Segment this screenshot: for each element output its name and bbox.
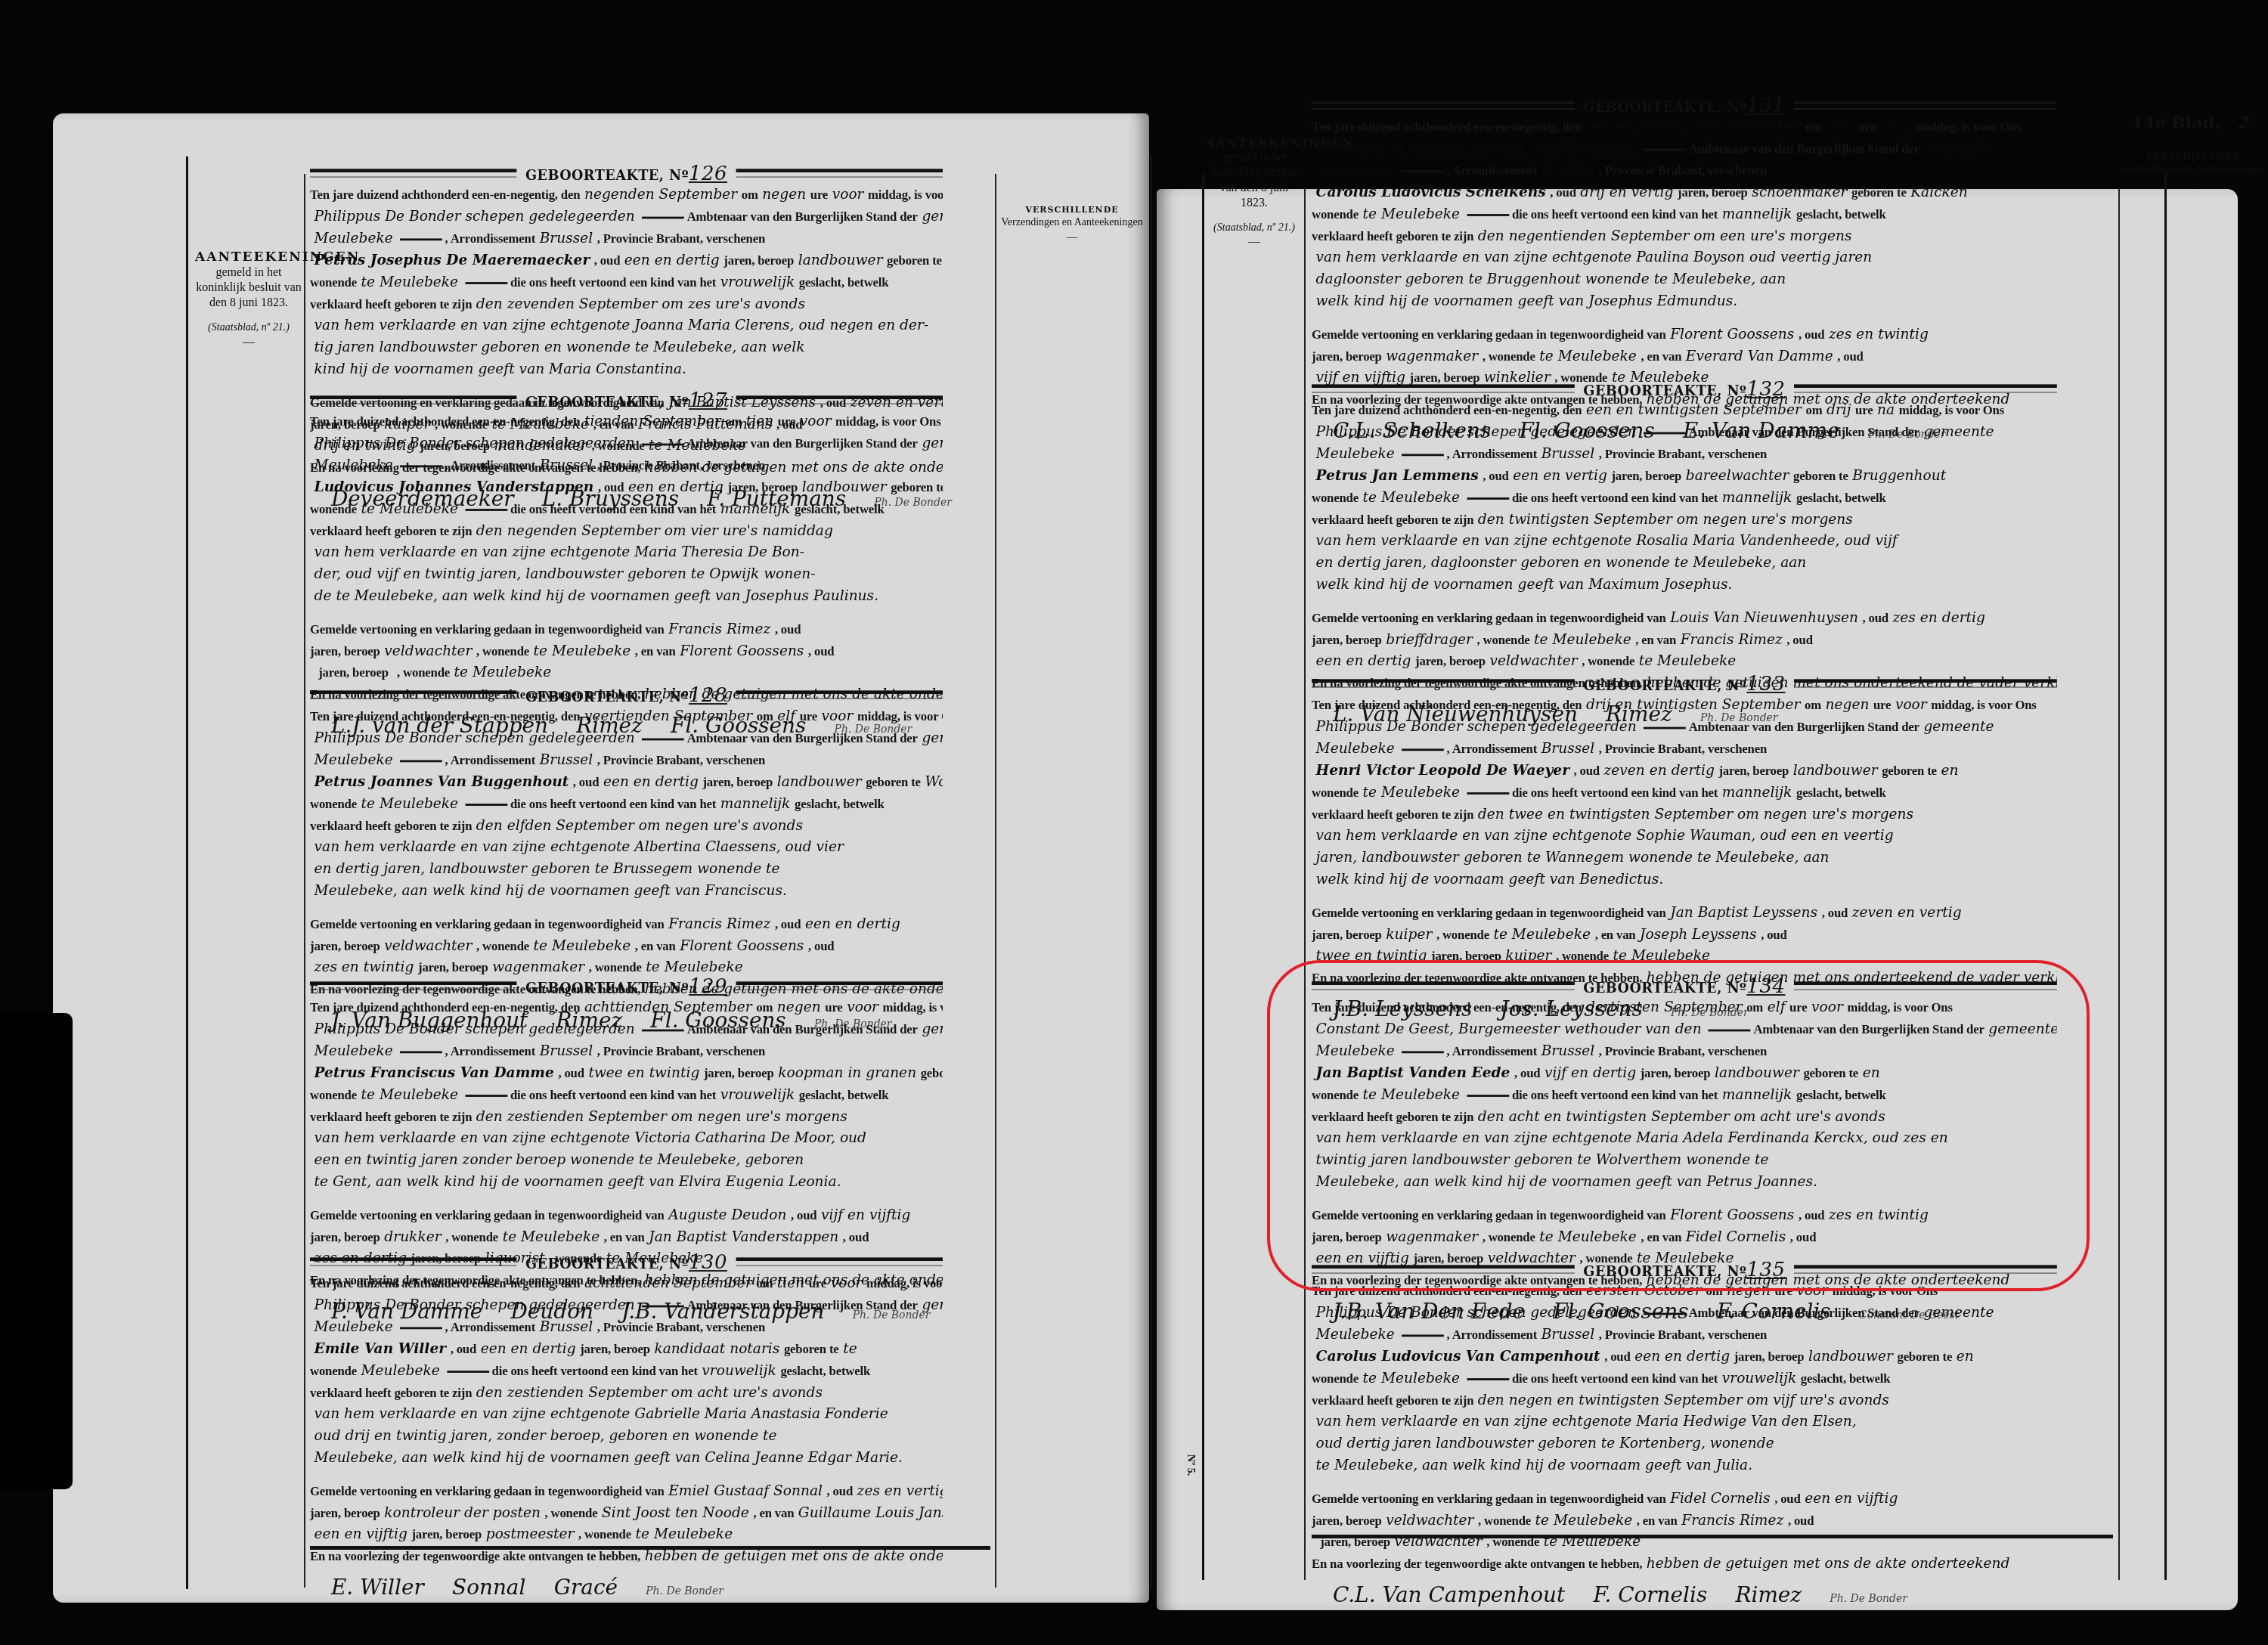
handwritten-value: Brussel	[1541, 739, 1595, 756]
record-body-2: jaren, landbouwster geboren te Wannegem …	[1312, 847, 2057, 869]
handwritten-value: mannelijk	[720, 500, 791, 516]
handwritten-value: tien	[746, 413, 773, 429]
form-text: Ten jare duizend achthonderd een-en-nege…	[1312, 403, 1582, 417]
form-text: middag, is voor Ons	[1847, 1000, 1952, 1015]
form-text: verklaard heeft geboren te zijn	[1312, 807, 1473, 822]
record-body-3: Meulebeke, aan welk kind hij de voorname…	[310, 880, 943, 902]
handwritten-value: Brussel	[1541, 1325, 1595, 1342]
form-text: jaren, beroep	[1734, 1349, 1805, 1364]
fill-dash	[1644, 432, 1686, 435]
record-number: 134	[1746, 974, 1785, 998]
handwritten-value: een en twintigsten September	[1586, 118, 1802, 135]
form-text: , wonende	[589, 960, 642, 974]
form-text: ure	[800, 709, 817, 723]
handwritten-value: zes en vertig	[857, 1482, 943, 1498]
handwritten-value: te Meulebeke	[361, 500, 459, 516]
fill-dash	[1467, 497, 1509, 500]
spacer	[310, 606, 943, 618]
handwritten-value: brieffdrager	[1386, 630, 1473, 647]
form-text: Gemelde vertooning en verklaring gedaan …	[1312, 327, 1666, 342]
record-line-place: Meulebeke, ArrondissementBrussel, Provin…	[310, 454, 943, 476]
form-text: GEBOORTEAKTE, Nº	[525, 168, 689, 183]
handwritten-value: gemeente	[922, 1021, 943, 1037]
handwritten-value: landbouwer	[777, 773, 862, 789]
left-right-column-line	[995, 174, 996, 1588]
form-text: , wonende	[1483, 1230, 1535, 1244]
right-right-column-line	[2118, 189, 2120, 1580]
form-text: , wonende	[1483, 349, 1535, 364]
record-body-1: van hem verklaarde en van zijne echtgeno…	[1312, 825, 2057, 847]
handwritten-value: Wolverthem	[925, 773, 943, 789]
handwritten-value: van hem verklaarde en van zijne echtgeno…	[1316, 249, 1873, 265]
spacer	[1312, 890, 2057, 901]
record-line-birth: verklaard heeft geboren te zijnden zeven…	[310, 293, 943, 314]
handwritten-value: Jan Baptist Vanderstappen	[649, 1228, 838, 1244]
handwritten-value: Constant De Geest, Burgemeester wethoude…	[1316, 1021, 1702, 1037]
record-line-residence: wonendete Meulebekedie ons heeft vertoon…	[310, 1083, 943, 1105]
form-text: jaren, beroep	[310, 1230, 380, 1244]
handwritten-value: voor	[800, 413, 832, 429]
fill-dash	[1402, 748, 1444, 751]
form-text: , Arrondissement	[445, 1320, 535, 1334]
verzendingen-label: Verzendingen en Aanteekeningen	[2121, 163, 2265, 178]
form-text: geboren te	[784, 1342, 839, 1356]
form-text: , oud	[1822, 906, 1848, 920]
handwritten-value: Meulebeke, aan welk kind hij de voorname…	[314, 881, 787, 898]
handwritten-value: te Meulebeke	[1639, 652, 1737, 669]
record-title: GEBOORTEAKTE, Nº127	[517, 389, 736, 412]
handwritten-value: te Meulebeke	[454, 664, 552, 680]
form-text: , oud	[808, 939, 834, 953]
handwritten-value: en	[1941, 761, 1958, 778]
form-text: En na voorlezing der tegenwoordige akte …	[310, 1549, 640, 1563]
form-text: , Provincie Brabant, verschenen	[1599, 447, 1767, 461]
form-text: middag, is voor Ons	[866, 1276, 943, 1290]
handwritten-value: veertienden September	[584, 708, 752, 724]
form-text: , wonende	[1556, 949, 1609, 963]
form-text: , Provincie Brabant, verschenen	[1599, 163, 1767, 178]
handwritten-value: vrouwelijk	[720, 1086, 795, 1102]
handwritten-value: Florent Goossens	[1670, 1206, 1794, 1222]
handwritten-value: den zestienden September om negen ure's …	[476, 1108, 847, 1124]
handwritten-value: Brussel	[540, 1042, 593, 1058]
form-text: , oud	[558, 1066, 584, 1080]
handwritten-value: achttienden September	[584, 1275, 752, 1291]
record-line-residence: wonendeMeulebekedie ons heeft vertoond e…	[310, 1359, 943, 1381]
fill-dash	[1402, 454, 1444, 456]
form-text: Gemelde vertooning en verklaring gedaan …	[1312, 1208, 1666, 1222]
form-text: , Provincie Brabant, verschenen	[597, 231, 765, 246]
spacer	[1312, 595, 2057, 606]
form-text: Ambtenaar van den Burgerlijken Stand der	[687, 1022, 918, 1036]
verschillende-label: VERSCHILLENDE	[998, 204, 1146, 215]
record-line-place: Meulebeke, ArrondissementBrussel, Provin…	[1312, 160, 2057, 181]
handwritten-value: te Meulebeke	[1363, 1086, 1461, 1102]
handwritten-value: een en twintig jaren zonder beroep wonen…	[314, 1151, 804, 1168]
record-body-3: welk kind hij de voornamen geeft van Max…	[1312, 574, 2057, 596]
form-text: middag, is voor Ons	[868, 187, 943, 202]
header-rule-right	[1794, 101, 2057, 109]
handwritten-value: den acht en twintigsten September om ach…	[1478, 1108, 1885, 1124]
handwritten-value: elf	[1768, 999, 1786, 1015]
record-witness-1: Gemelde vertooning en verklaring gedaan …	[1312, 606, 2057, 628]
handwritten-value: gemeente	[922, 435, 943, 451]
handwritten-value: een en dertig	[805, 915, 900, 931]
form-text: geboren te	[1851, 185, 1907, 200]
record-line-birth: verklaard heeft geboren te zijnden elfde…	[310, 814, 943, 836]
record-line-place: Meulebeke, ArrondissementBrussel, Provin…	[310, 228, 943, 249]
margin-dash: —	[195, 335, 302, 350]
handwritten-value: Francis Rimez	[1681, 630, 1783, 647]
form-text: , oud	[1799, 327, 1824, 342]
record-header: GEBOORTEAKTE, Nº128	[310, 684, 943, 705]
form-text: geslacht, betwelk	[799, 275, 889, 290]
header-rule-left	[310, 1257, 517, 1266]
form-text: om	[1805, 698, 1821, 712]
form-text: , en van	[1637, 1513, 1678, 1528]
handwritten-value: schoenmaker	[1752, 183, 1847, 200]
form-text: , oud	[775, 622, 801, 637]
form-text: jaren, beroep	[1312, 928, 1382, 942]
handwritten-value: kind hij de voornamen geeft van Maria Co…	[314, 360, 686, 376]
form-text: geslacht, betwelk	[799, 1088, 889, 1102]
handwritten-value: achttienden September	[584, 999, 752, 1015]
handwritten-value: kuiper	[1505, 947, 1551, 964]
form-text: geslacht, betwelk	[780, 1364, 870, 1378]
handwritten-value: Meulebeke	[314, 229, 393, 246]
handwritten-value: te Meulebeke	[1363, 205, 1461, 222]
form-text: , Provincie Brabant, verschenen	[597, 753, 765, 767]
record-body-1: van hem verklaarde en van zijne echtgeno…	[1312, 1127, 2057, 1149]
record-body-3: de te Meulebeke, aan welk kind hij de vo…	[310, 585, 943, 607]
form-text: , oud	[843, 1230, 869, 1244]
form-text: om	[1805, 119, 1822, 134]
form-text: ure	[1789, 1000, 1807, 1015]
form-text: Ten jare duizend achthonderd een-en-nege…	[310, 414, 580, 429]
handwritten-value: Meulebeke	[314, 456, 393, 472]
handwritten-value: veldwachter	[1386, 1511, 1473, 1528]
form-text: jaren, beroep	[1718, 764, 1789, 778]
right-margin-note: AANTEEKENINGEN gemeld in het koninklijk …	[1206, 136, 1303, 249]
form-text: verklaard heeft geboren te zijn	[310, 524, 472, 538]
record-witness-3: een en vijftigjaren, beroeppostmeester, …	[310, 1523, 943, 1545]
record-line-place: Meulebeke, ArrondissementBrussel, Provin…	[310, 1316, 943, 1338]
form-text: die ons heeft vertoond een kind van het	[492, 1364, 698, 1378]
record-witness-1: Gemelde vertooning en verklaring gedaan …	[310, 1204, 943, 1225]
form-text: , Arrondissement	[1447, 447, 1537, 461]
handwritten-value: drij en twintigsten September	[1586, 696, 1800, 713]
form-text: Gemelde vertooning en verklaring gedaan …	[1312, 1492, 1666, 1506]
handwritten-value: Kalcken	[1910, 183, 1968, 200]
handwritten-value: te Meulebeke	[1535, 1511, 1633, 1528]
handwritten-value: den negenden September om vier ure's nam…	[476, 522, 833, 538]
form-text: , oud	[1604, 1349, 1630, 1364]
signature: Rimez	[1735, 1583, 1802, 1608]
form-text: , oud	[775, 917, 801, 931]
signature: C.L. Van Campenhout	[1333, 1583, 1565, 1608]
form-text: ure	[1858, 119, 1876, 134]
handwritten-value: Carolus Ludovicus Van Campenhout	[1316, 1347, 1600, 1364]
record-line-place: Meulebeke, ArrondissementBrussel, Provin…	[1312, 1324, 2057, 1346]
record-header: GEBOORTEAKTE, Nº133	[1312, 673, 2057, 694]
form-text: om	[1746, 1000, 1763, 1015]
handwritten-value: Fidel Cornelis	[1686, 1228, 1786, 1244]
handwritten-value: welk kind hij de voornamen geeft van Max…	[1316, 575, 1733, 592]
handwritten-value: mannelijk	[720, 795, 791, 811]
record-body-3: kind hij de voornamen geeft van Maria Co…	[310, 358, 943, 380]
handwritten-value: mannelijk	[1722, 1086, 1792, 1102]
fill-dash	[1644, 727, 1686, 730]
record-line-declarant: Petrus Joannes Van Buggenhout, oudeen en…	[310, 770, 943, 792]
handwritten-value: Meulebeke	[314, 1318, 393, 1334]
handwritten-value: te Meulebeke	[534, 642, 631, 658]
record-witness-2: jaren, beroepkuiper, wonendete Meulebeke…	[1312, 923, 2057, 945]
handwritten-value: te Meulebeke	[1363, 783, 1461, 800]
form-text: geslacht, betwelk	[1796, 1088, 1886, 1102]
handwritten-value: Emiel Gustaaf Sonnal	[668, 1482, 823, 1498]
form-text: , oud	[1761, 928, 1786, 942]
handwritten-value: Philippus De Bonder schepen gedelegeerde…	[314, 435, 635, 451]
form-text: geslacht, betwelk	[1801, 1371, 1891, 1386]
form-text: , oud	[598, 480, 624, 494]
form-text: , en van	[1641, 1230, 1681, 1244]
record-body-2: twintig jaren landbouwster geboren te Wo…	[1312, 1149, 2057, 1171]
form-text: , Arrondissement	[445, 1044, 535, 1058]
form-text: wonende	[310, 502, 357, 516]
handwritten-value: te Meulebeke	[1539, 347, 1637, 364]
header-rule-left	[310, 169, 517, 177]
record-title: GEBOORTEAKTE, Nº129	[517, 974, 736, 998]
form-text: jaren, beroep	[1312, 633, 1382, 647]
record-witness-1: Gemelde vertooning en verklaring gedaan …	[1312, 323, 2057, 345]
handwritten-value: en	[1957, 1347, 1974, 1364]
handwritten-value: den zestienden September om acht ure's a…	[476, 1383, 823, 1400]
handwritten-value: landbouwer	[1808, 1347, 1893, 1364]
form-text: verklaard heeft geboren te zijn	[1312, 229, 1473, 243]
header-rule-right	[736, 169, 943, 177]
record-body-2: en dertig jaren, dagloonster geboren en …	[1312, 552, 2057, 574]
handwritten-value: Meulebeke	[1316, 1042, 1395, 1058]
handwritten-value: eersten October	[1586, 1282, 1702, 1299]
form-text: die ons heeft vertoond een kind van het	[1512, 491, 1718, 505]
form-text: middag, is voor Ons	[1899, 403, 2004, 417]
handwritten-value: welk kind hij de voornamen geeft van Jos…	[1316, 292, 1738, 308]
signature: F. Cornelis	[1593, 1583, 1707, 1608]
header-rule-right	[1794, 384, 2057, 392]
handwritten-value: mannelijk	[1722, 205, 1792, 222]
form-text: jaren, beroep	[702, 775, 773, 789]
fill-dash	[642, 1030, 684, 1032]
record-line-residence: wonendete Meulebekedie ons heeft vertoon…	[1312, 1367, 2057, 1389]
handwritten-value: den negentienden September om een ure's …	[1478, 227, 1852, 243]
handwritten-value: te Meulebeke	[1613, 947, 1711, 964]
form-text: jaren, beroep	[1431, 949, 1501, 963]
form-text: , Arrondissement	[445, 231, 535, 246]
record-title: GEBOORTEAKTE, Nº131	[1575, 94, 1793, 117]
record-line-official: Philippus De Bonder schepen gedelegeerde…	[310, 1294, 943, 1316]
fill-dash	[400, 1327, 442, 1329]
handwritten-value: voor	[832, 186, 864, 203]
header-rule-left	[310, 690, 517, 699]
handwritten-value: na	[1877, 401, 1895, 418]
handwritten-value: vrouwelijk	[702, 1362, 776, 1378]
fill-dash	[1644, 149, 1686, 151]
spacer	[1312, 1476, 2057, 1487]
handwritten-value: Everard Van Damme	[1686, 347, 1833, 364]
record-witness-2: jaren, beroepveldwachter, wonendete Meul…	[310, 934, 943, 956]
record-witness-1: Gemelde vertooning en verklaring gedaan …	[310, 912, 943, 934]
form-text: , en van	[1595, 928, 1636, 942]
page-number-label: 14e Blad.	[2132, 113, 2220, 133]
handwritten-value: jaren, landbouwster geboren te Wannegem …	[1316, 849, 1830, 866]
form-text: Ambtenaar van den Burgerlijken Stand der	[687, 436, 918, 451]
handwritten-value: Jan Baptist Leyssens	[1670, 903, 1817, 920]
form-text: wonende	[1312, 491, 1359, 505]
record-signatures: C.L. Van CampenhoutF. CornelisRimezPh. D…	[1312, 1575, 2057, 1610]
spacer	[1312, 311, 2057, 323]
fill-dash	[1467, 1378, 1509, 1380]
handwritten-value: landbouwer	[798, 251, 883, 268]
form-text: , oud	[1550, 185, 1576, 200]
record-header: GEBOORTEAKTE, Nº135	[1312, 1259, 2057, 1280]
record-number: 135	[1746, 1258, 1785, 1281]
form-text: GEBOORTEAKTE, Nº	[525, 1256, 689, 1272]
record-body-1: van hem verklaarde en van zijne echtgeno…	[1312, 1411, 2057, 1433]
form-text: , oud	[1786, 633, 1812, 647]
handwritten-value: van hem verklaarde en van zijne echtgeno…	[1316, 1413, 1857, 1430]
handwritten-value: Philippus De Bonder schepen gedelegeerde…	[1316, 140, 1637, 156]
form-text: jaren, beroep	[1312, 349, 1382, 364]
handwritten-value: elf	[777, 708, 795, 724]
form-text: die ons heeft vertoond een kind van het	[1512, 1088, 1718, 1102]
form-text: jaren, beroep	[580, 1342, 650, 1356]
record-signatures: E. WillerSonnalGracéPh. De Bonder	[310, 1567, 943, 1603]
handwritten-value: voor	[1880, 118, 1912, 135]
form-text: jaren, beroep	[723, 253, 794, 268]
handwritten-value: voor	[822, 708, 854, 724]
record-line-date: Ten jare duizend achthonderd een-en-nege…	[1312, 694, 2057, 716]
handwritten-value: Brussel	[1541, 161, 1595, 178]
handwritten-value: en dertig jaren, dagloonster geboren en …	[1316, 554, 1807, 571]
handwritten-value: een en vijftig	[314, 1526, 407, 1542]
handwritten-value: voor	[1895, 696, 1927, 713]
form-text: geslacht, betwelk	[1796, 785, 1886, 800]
form-text: Gemelde vertooning en verklaring gedaan …	[310, 917, 665, 931]
form-text: ure	[825, 1000, 842, 1015]
signature: E. Willer	[331, 1575, 424, 1600]
form-text: Ambtenaar van den Burgerlijken Stand der	[1753, 1022, 1984, 1036]
form-text: die ons heeft vertoond een kind van het	[1512, 1371, 1718, 1386]
handwritten-value: een en dertig	[628, 478, 723, 494]
form-text: , oud	[1574, 764, 1600, 778]
form-text: ure	[778, 414, 795, 429]
form-text: GEBOORTEAKTE, Nº	[1583, 678, 1746, 693]
handwritten-value: Petrus Jan Lemmens	[1316, 466, 1479, 483]
form-text: , wonende	[578, 1527, 631, 1541]
record-body-3: te Gent, aan welk kind hij de voornamen …	[310, 1171, 943, 1193]
handwritten-value: te Meulebeke	[361, 273, 459, 290]
handwritten-value: Sint Joost ten Noode	[602, 1504, 749, 1520]
handwritten-value: negen	[762, 186, 806, 203]
form-text: wonende	[310, 1364, 357, 1378]
form-text: om	[756, 1276, 773, 1290]
form-text: jaren, beroep	[318, 665, 389, 680]
fill-dash	[1402, 170, 1444, 172]
record-line-official: Philippus De Bonder schepen gedelegeerde…	[310, 727, 943, 749]
record-body-2: tig jaren landbouwster geboren en wonend…	[310, 336, 943, 358]
handwritten-value: Bruggenhout	[1852, 466, 1946, 483]
record-line-birth: verklaard heeft geboren te zijnden twint…	[1312, 508, 2057, 530]
form-text: , en van	[1641, 349, 1681, 364]
handwritten-value: Meulebeke	[1316, 739, 1395, 756]
form-text: Ambtenaar van den Burgerlijken Stand der	[1689, 1306, 1919, 1320]
handwritten-value: Philippus De Bonder schepen gedelegeerde…	[314, 208, 635, 225]
form-text: GEBOORTEAKTE, Nº	[525, 689, 689, 705]
fill-dash	[400, 465, 442, 467]
handwritten-value: Francis Rimez	[668, 915, 770, 931]
handwritten-value: veldwachter	[384, 642, 472, 658]
handwritten-value: Meulebeke	[1316, 445, 1395, 461]
form-text: middag, is voor Ons	[1833, 1284, 1938, 1298]
form-text: verklaard heeft geboren te zijn	[1312, 1110, 1473, 1124]
form-text: Ten jare duizend achthonderd een-en-nege…	[310, 1000, 580, 1015]
record-body-2: dagloonster geboren te Bruggenhout wonen…	[1312, 268, 2057, 290]
handwritten-value: te Meulebeke, aan welk kind hij de voorn…	[1316, 1456, 1753, 1473]
form-text: , en van	[753, 1506, 794, 1520]
form-text: wonende	[1312, 1371, 1359, 1386]
record-witness-2: jaren, beroepwagenmaker, wonendete Meule…	[1312, 345, 2057, 367]
handwritten-value: negen	[777, 999, 821, 1015]
form-text: geslacht, betwelk	[1796, 207, 1886, 222]
form-text: jaren, beroep	[310, 1506, 380, 1520]
handwritten-value: gemeente	[1923, 718, 1994, 735]
form-text: Ten jare duizend achthonderd een-en-nege…	[1312, 119, 1582, 134]
handwritten-value: dagloonster geboren te Bruggenhout wonen…	[1316, 271, 1786, 287]
handwritten-value: te Meulebeke	[646, 959, 743, 975]
form-text: jaren, beroep	[310, 939, 380, 953]
form-text: , oud	[451, 1342, 476, 1356]
handwritten-value: oud drij en twintig jaren, zonder beroep…	[314, 1427, 777, 1444]
handwritten-value: vrouwelijk	[720, 273, 795, 290]
form-text: , Arrondissement	[1447, 163, 1537, 178]
form-text: , oud	[1799, 1208, 1824, 1222]
handwritten-value: Philippus De Bonder schepen gedelegeerde…	[1316, 1304, 1637, 1321]
handwritten-value: Louis Van Nieuwenhuysen	[1670, 609, 1858, 625]
handwritten-value: Carolus Ludovicus Schelkens	[1316, 183, 1546, 200]
form-text: Gemelde vertooning en verklaring gedaan …	[310, 1484, 665, 1498]
record-witness-2: jaren, beroepdrukker, wonendete Meulebek…	[310, 1225, 943, 1247]
fill-dash	[447, 1371, 489, 1373]
left-verzendingen-column: VERSCHILLENDE Verzendingen en Aanteekeni…	[998, 204, 1146, 246]
handwritten-value: zes en twintig	[314, 959, 414, 975]
record-witness-3: twee en twintigjaren, beroepkuiper, wone…	[1312, 945, 2057, 967]
handwritten-value: te Meulebeke	[1363, 1369, 1461, 1386]
birth-record-135: GEBOORTEAKTE, Nº135 Ten jare duizend ach…	[1312, 1259, 2057, 1610]
handwritten-value: Meulebeke	[1316, 1325, 1395, 1342]
record-line-place: Meulebeke, ArrondissementBrussel, Provin…	[1312, 738, 2057, 760]
form-text: geslacht, betwelk	[1796, 491, 1886, 505]
handwritten-value: landbouwer	[802, 478, 887, 494]
form-text: middag, is voor Ons	[883, 1000, 943, 1015]
handwritten-value: mannelijk	[1722, 783, 1792, 800]
handwritten-value: Petrus Franciscus Van Damme	[314, 1064, 554, 1080]
form-text: verklaard heeft geboren te zijn	[310, 819, 472, 833]
handwritten-value: gemeent	[922, 1296, 943, 1313]
form-text: Ten jare duizend achthonderd een-en-nege…	[1312, 1000, 1582, 1015]
record-line-official: Philippus De Bonder schepen gedelegeerde…	[1312, 138, 2057, 160]
handwritten-value: een en dertig	[624, 251, 720, 268]
record-witness-2: jaren, beroepveldwachter, wonendete Meul…	[1312, 1509, 2057, 1531]
